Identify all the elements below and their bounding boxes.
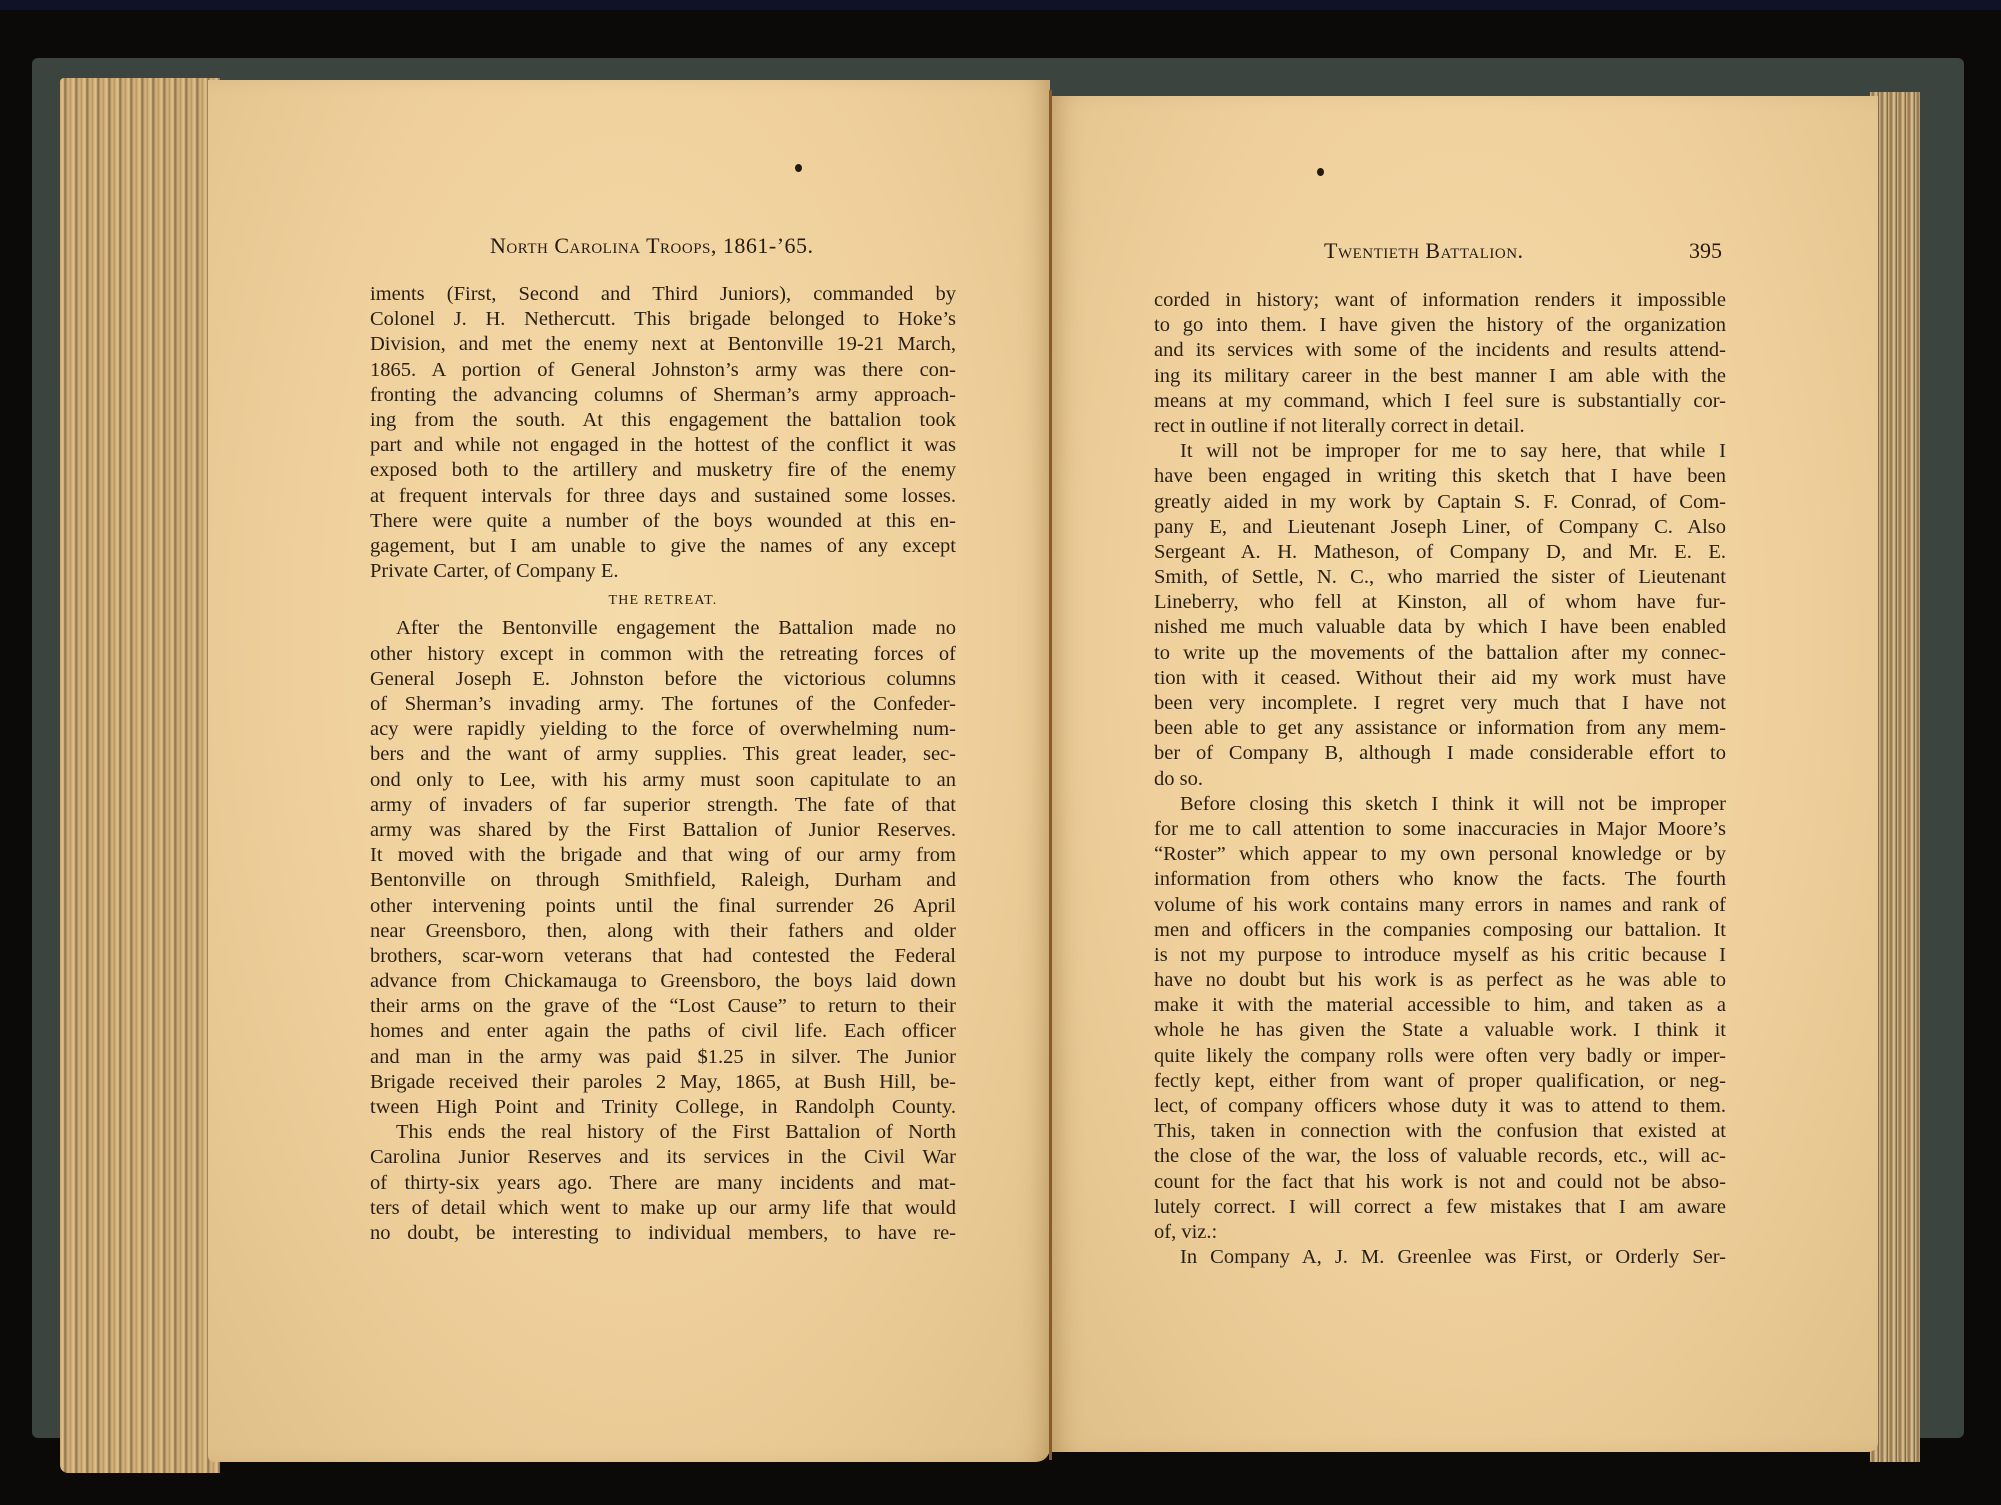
text-line: ters of detail which went to make up our… [370,1196,956,1221]
printer-dot-mark [795,164,802,172]
text-line: to go into them. I have given the histor… [1154,313,1726,338]
text-line: In Company A, J. M. Greenlee was First, … [1154,1245,1726,1270]
text-line: Sergeant A. H. Matheson, of Company D, a… [1154,540,1726,565]
text-line: whole he has given the State a valuable … [1154,1018,1726,1043]
right-body-text: corded in history; want of information r… [1154,288,1726,1270]
text-line: “Roster” which appear to my own personal… [1154,842,1726,867]
text-line: information from others who know the fac… [1154,867,1726,892]
text-line: to write up the movements of the battali… [1154,641,1726,666]
text-line: quite likely the company rolls were ofte… [1154,1044,1726,1069]
text-line: This ends the real history of the First … [370,1120,956,1145]
left-page: North Carolina Troops, 1861-’65. iments … [208,80,1050,1462]
text-line: homes and enter again the paths of civil… [370,1019,956,1044]
text-line: for me to call attention to some inaccur… [1154,817,1726,842]
text-line: ing from the south. At this engagement t… [370,408,956,433]
left-running-head: North Carolina Troops, 1861-’65. [490,233,814,259]
left-page-stack [60,78,220,1473]
text-line: iments (First, Second and Third Juniors)… [370,282,956,307]
text-line: no doubt, be interesting to individual m… [370,1221,956,1246]
text-line: rect in outline if not literally correct… [1154,414,1726,439]
text-line: of Sherman’s invading army. The fortunes… [370,692,956,717]
text-line: acy were rapidly yielding to the force o… [370,717,956,742]
text-line: Lineberry, who fell at Kinston, all of w… [1154,590,1726,615]
text-line: bers and the want of army supplies. This… [370,742,956,767]
text-line: There were quite a number of the boys wo… [370,509,956,534]
text-line: lutely correct. I will correct a few mis… [1154,1195,1726,1220]
text-line: their arms on the grave of the “Lost Cau… [370,994,956,1019]
text-line: fronting the advancing columns of Sherma… [370,383,956,408]
printer-dot-mark [1317,168,1324,176]
text-line: army was shared by the First Battalion o… [370,818,956,843]
text-line: other intervening points until the final… [370,894,956,919]
text-line: pany E, and Lieutenant Joseph Liner, of … [1154,515,1726,540]
text-line: of, viz.: [1154,1220,1726,1245]
text-line: gagement, but I am unable to give the na… [370,534,956,559]
text-line: is not my purpose to introduce myself as… [1154,943,1726,968]
text-line: greatly aided in my work by Captain S. F… [1154,490,1726,515]
text-line: have no doubt but his work is as perfect… [1154,968,1726,993]
text-line: ing its military career in the best mann… [1154,364,1726,389]
text-line: men and officers in the companies compos… [1154,918,1726,943]
text-line: This, taken in connection with the confu… [1154,1119,1726,1144]
text-line: part and while not engaged in the hottes… [370,433,956,458]
text-line: Colonel J. H. Nethercutt. This brigade b… [370,307,956,332]
text-line: tion with it ceased. Without their aid m… [1154,666,1726,691]
text-line: other history except in common with the … [370,642,956,667]
text-line: near Greensboro, then, along with their … [370,919,956,944]
text-line: of thirty-six years ago. There are many … [370,1171,956,1196]
text-line: Before closing this sketch I think it wi… [1154,792,1726,817]
text-line: been very incomplete. I regret very much… [1154,691,1726,716]
top-edge-strip [0,0,2001,10]
text-line: Bentonville on through Smithfield, Ralei… [370,868,956,893]
text-line: Private Carter, of Company E. [370,559,956,584]
text-line: and man in the army was paid $1.25 in si… [370,1045,956,1070]
text-line: Brigade received their paroles 2 May, 18… [370,1070,956,1095]
text-line: lect, of company officers whose duty it … [1154,1094,1726,1119]
text-line: means at my command, which I feel sure i… [1154,389,1726,414]
text-line: Division, and met the enemy next at Bent… [370,332,956,357]
text-line: After the Bentonville engagement the Bat… [370,616,956,641]
text-line: General Joseph E. Johnston before the vi… [370,667,956,692]
text-line: It moved with the brigade and that wing … [370,843,956,868]
text-line: advance from Chickamauga to Greensboro, … [370,969,956,994]
text-line: brothers, scar-worn veterans that had co… [370,944,956,969]
text-line: corded in history; want of information r… [1154,288,1726,313]
text-line: It will not be improper for me to say he… [1154,439,1726,464]
text-line: volume of his work contains many errors … [1154,893,1726,918]
text-line: count for the fact that his work is not … [1154,1170,1726,1195]
text-line: Smith, of Settle, N. C., who married the… [1154,565,1726,590]
text-line: ber of Company B, although I made consid… [1154,741,1726,766]
text-line: army of invaders of far superior strengt… [370,793,956,818]
text-line: ond only to Lee, with his army must soon… [370,768,956,793]
text-line: exposed both to the artillery and musket… [370,458,956,483]
text-line: the close of the war, the loss of valuab… [1154,1144,1726,1169]
text-line: nished me much valuable data by which I … [1154,615,1726,640]
text-line: fectly kept, either from want of proper … [1154,1069,1726,1094]
right-running-head: Twentieth Battalion. [1324,238,1524,264]
text-line: do so. [1154,767,1726,792]
text-line: Carolina Junior Reserves and its service… [370,1145,956,1170]
text-line: tween High Point and Trinity College, in… [370,1095,956,1120]
text-line: been able to get any assistance or infor… [1154,716,1726,741]
text-line: 1865. A portion of General Johnston’s ar… [370,358,956,383]
text-line: make it with the material accessible to … [1154,993,1726,1018]
left-body-text: iments (First, Second and Third Juniors)… [370,282,956,1246]
right-page: Twentieth Battalion. 395 corded in histo… [1052,96,1878,1452]
text-line: and its services with some of the incide… [1154,338,1726,363]
text-line: have been engaged in writing this sketch… [1154,464,1726,489]
section-heading: THE RETREAT. [370,584,956,609]
page-number: 395 [1689,238,1722,264]
text-line: at frequent intervals for three days and… [370,484,956,509]
